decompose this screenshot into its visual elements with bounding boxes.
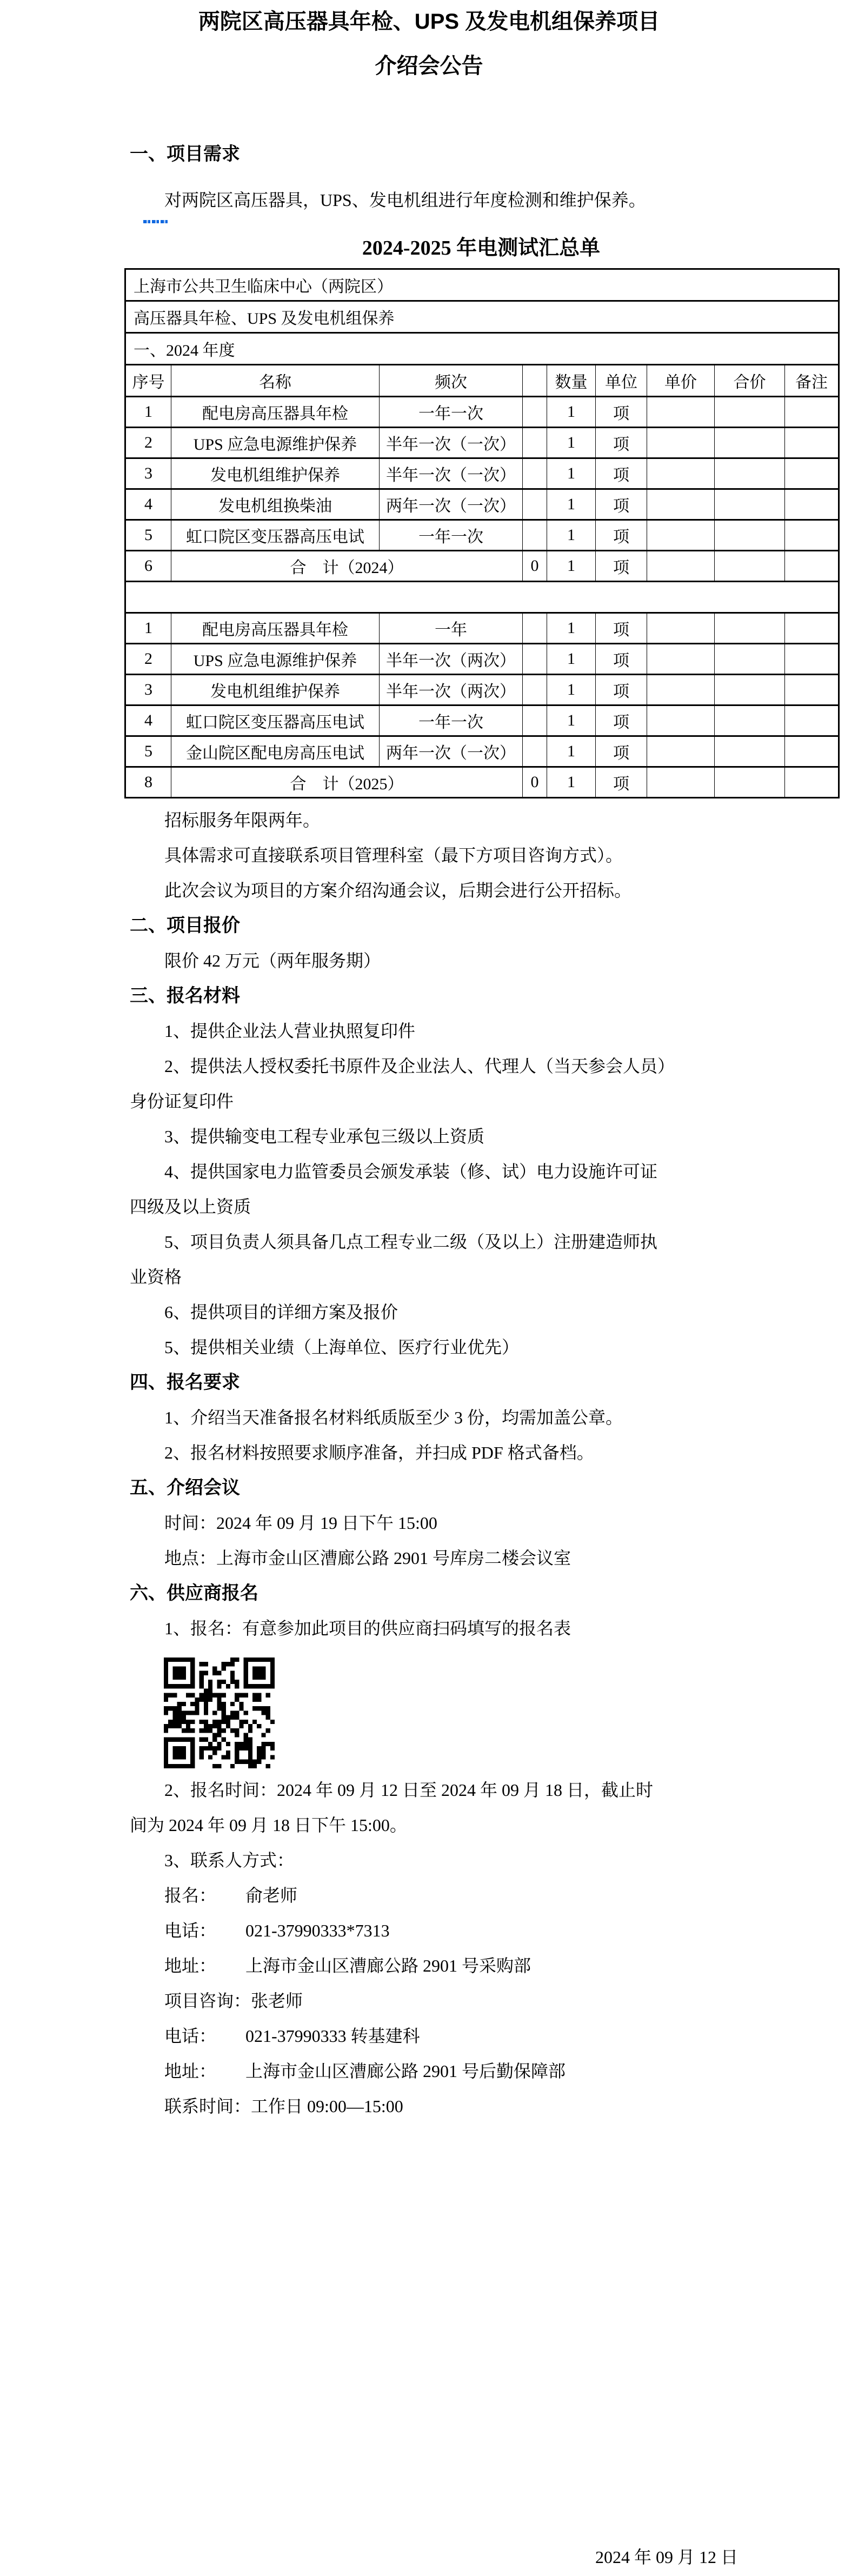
paragraph-line: 此次会议为项目的方案介绍沟通会议，后期会进行公开招标。: [130, 877, 792, 903]
contact-value: 张老师: [251, 1991, 303, 2011]
cell-frequency: 半年一次（一次）: [380, 428, 523, 458]
section-heading-project-price: 二、项目报价: [130, 913, 858, 938]
cell-unit-price: [647, 705, 715, 736]
table-scope-row: 高压器具年检、UPS 及发电机组保养: [125, 301, 839, 333]
cell-total-price: [715, 551, 785, 582]
project-scope: 高压器具年检、UPS 及发电机组保养: [125, 301, 839, 333]
cell-frequency: 一年一次: [380, 397, 523, 428]
requirements-intro: 对两院区高压器具，UPS、发电机组进行年度检测和维护保养。: [130, 187, 792, 213]
cell-note: [785, 458, 839, 489]
cell-no: 2: [125, 644, 171, 675]
org-name: 上海市公共卫生临床中心（两院区）: [125, 269, 839, 301]
contact-label: 联系时间：: [164, 2093, 251, 2119]
table-total-row: 8合 计（2025）01项: [125, 767, 839, 798]
cell-quantity: 1: [547, 397, 596, 428]
table-row: 5虹口院区变压器高压电试一年一次1项: [125, 520, 839, 551]
section-heading-registration-materials: 三、报名材料: [130, 983, 858, 1009]
cell-total-price: [715, 767, 785, 798]
cell-note: [785, 705, 839, 736]
cell-total-price: [715, 644, 785, 675]
table-org-row: 上海市公共卫生临床中心（两院区）: [125, 269, 839, 301]
paragraph-line: 2、提供法人授权委托书原件及企业法人、代理人（当天参会人员）: [130, 1053, 792, 1079]
cell-unit: 项: [596, 767, 647, 798]
cell-unit-price: [647, 428, 715, 458]
cell-unit-price: [647, 520, 715, 551]
cell-name: 合 计（2025）: [171, 767, 523, 798]
cell-blank: [523, 644, 547, 675]
document-page: 两院区高压器具年检、UPS 及发电机组保养项目 介绍会公告 一、项目需求 对两院…: [0, 0, 858, 2576]
cell-name: 配电房高压器具年检: [171, 613, 380, 644]
cell-blank: 0: [523, 551, 547, 582]
requirements-notes: 招标服务年限两年。具体需求可直接联系项目管理科室（最下方项目咨询方式）。此次会议…: [0, 807, 858, 903]
cell-no: 3: [125, 458, 171, 489]
cell-unit: 项: [596, 397, 647, 428]
cell-quantity: 1: [547, 520, 596, 551]
cell-frequency: 一年一次: [380, 705, 523, 736]
price-limit-line: 限价 42 万元（两年服务期）: [130, 948, 792, 974]
cell-unit: 项: [596, 736, 647, 767]
contact-label: 地址：: [164, 1953, 245, 1979]
paragraph-line: 4、提供国家电力监管委员会颁发承装（修、试）电力设施许可证: [130, 1159, 792, 1184]
cell-blank: [523, 397, 547, 428]
cell-quantity: 1: [547, 551, 596, 582]
cell-unit: 项: [596, 428, 647, 458]
contacts-heading: 3、联系人方式：: [130, 1847, 792, 1873]
cell-quantity: 1: [547, 644, 596, 675]
cell-unit: 项: [596, 675, 647, 705]
summary-table: 上海市公共卫生临床中心（两院区） 高压器具年检、UPS 及发电机组保养 一、20…: [124, 268, 840, 798]
cell-frequency: 两年一次（一次）: [380, 736, 523, 767]
supplier-registration-line: 1、报名：有意参加此项目的供应商扫码填写的报名表: [130, 1615, 792, 1641]
cell-blank: [523, 675, 547, 705]
cell-total-price: [715, 736, 785, 767]
paragraph-line: 业资格: [130, 1264, 757, 1290]
cell-name: 发电机组维护保养: [171, 458, 380, 489]
contact-value: 工作日 09:00—15:00: [251, 2096, 403, 2116]
column-header-unit: 单位: [596, 365, 647, 397]
cell-note: [785, 613, 839, 644]
document-title-line1: 两院区高压器具年检、UPS 及发电机组保养项目: [0, 8, 858, 36]
table-total-row: 6合 计（2024）01项: [125, 551, 839, 582]
registration-time-line-continued: 间为 2024 年 09 月 18 日下午 15:00。: [130, 1812, 757, 1838]
paragraph-line: 3、提供输变电工程专业承包三级以上资质: [130, 1123, 792, 1149]
registration-requirements-list: 1、介绍当天准备报名材料纸质版至少 3 份，均需加盖公章。2、报名材料按照要求顺…: [0, 1405, 858, 1466]
section-heading-project-requirements: 一、项目需求: [130, 141, 858, 167]
cell-quantity: 1: [547, 736, 596, 767]
cell-note: [785, 736, 839, 767]
contact-value: 上海市金山区漕廊公路 2901 号采购部: [245, 1956, 531, 1975]
cell-no: 2: [125, 428, 171, 458]
cell-unit: 项: [596, 489, 647, 520]
cell-frequency: 一年: [380, 613, 523, 644]
cell-total-price: [715, 489, 785, 520]
cell-unit: 项: [596, 705, 647, 736]
table-year-row: 一、2024 年度: [125, 333, 839, 365]
document-title-line2: 介绍会公告: [0, 52, 858, 80]
paragraph-line: 地点：上海市金山区漕廊公路 2901 号库房二楼会议室: [130, 1545, 792, 1571]
cell-no: 8: [125, 767, 171, 798]
paragraph-line: 6、提供项目的详细方案及报价: [130, 1299, 792, 1325]
cell-unit-price: [647, 458, 715, 489]
column-header-blank: [523, 365, 547, 397]
qr-code-icon: [164, 1658, 275, 1768]
year-label: 一、2024 年度: [125, 333, 839, 365]
contact-value: 俞老师: [245, 1886, 297, 1905]
table-row: 3发电机组维护保养半年一次（一次）1项: [125, 458, 839, 489]
cell-no: 4: [125, 489, 171, 520]
cell-note: [785, 489, 839, 520]
cell-total-price: [715, 397, 785, 428]
cell-blank: [523, 458, 547, 489]
cell-note: [785, 551, 839, 582]
paragraph-line: 5、提供相关业绩（上海单位、医疗行业优先）: [130, 1334, 792, 1360]
paragraph-line: 2、报名材料按照要求顺序准备，并扫成 PDF 格式备档。: [130, 1440, 792, 1466]
registration-time-line: 2、报名时间：2024 年 09 月 12 日至 2024 年 09 月 18 …: [130, 1777, 792, 1803]
cell-frequency: 半年一次（两次）: [380, 644, 523, 675]
cell-note: [785, 428, 839, 458]
cell-unit-price: [647, 551, 715, 582]
cell-total-price: [715, 428, 785, 458]
contact-label: 电话：: [164, 1918, 245, 1943]
column-header-total-price: 合价: [715, 365, 785, 397]
table-header-row: 序号 名称 频次 数量 单位 单价 合价 备注: [125, 365, 839, 397]
cell-unit: 项: [596, 613, 647, 644]
cell-no: 6: [125, 551, 171, 582]
cell-quantity: 1: [547, 767, 596, 798]
table-row: 1配电房高压器具年检一年一次1项: [125, 397, 839, 428]
cell-blank: [523, 428, 547, 458]
cell-total-price: [715, 613, 785, 644]
cell-unit: 项: [596, 551, 647, 582]
table-separator-row: [125, 582, 839, 613]
paragraph-line: 5、项目负责人须具备几点工程专业二级（及以上）注册建造师执: [130, 1229, 792, 1255]
cell-quantity: 1: [547, 489, 596, 520]
cell-no: 5: [125, 736, 171, 767]
cell-no: 1: [125, 613, 171, 644]
paragraph-line: 身份证复印件: [130, 1088, 757, 1114]
cell-name: 虹口院区变压器高压电试: [171, 520, 380, 551]
cell-name: UPS 应急电源维护保养: [171, 428, 380, 458]
contact-line: 电话：021-37990333*7313: [130, 1918, 792, 1943]
cell-name: 合 计（2024）: [171, 551, 523, 582]
contact-line: 地址：上海市金山区漕廊公路 2901 号后勤保障部: [130, 2058, 792, 2084]
cell-name: 虹口院区变压器高压电试: [171, 705, 380, 736]
cell-unit: 项: [596, 458, 647, 489]
proofing-mark-icon: [143, 220, 169, 223]
paragraph-line: 四级及以上资质: [130, 1194, 757, 1220]
contact-line: 项目咨询：张老师: [130, 1988, 792, 2014]
cell-name: UPS 应急电源维护保养: [171, 644, 380, 675]
contact-value: 上海市金山区漕廊公路 2901 号后勤保障部: [245, 2061, 566, 2081]
cell-unit-price: [647, 767, 715, 798]
cell-unit-price: [647, 397, 715, 428]
paragraph-line: 时间：2024 年 09 月 19 日下午 15:00: [130, 1510, 792, 1536]
column-header-quantity: 数量: [547, 365, 596, 397]
cell-total-price: [715, 520, 785, 551]
contact-line: 地址：上海市金山区漕廊公路 2901 号采购部: [130, 1953, 792, 1979]
contact-label: 地址：: [164, 2058, 245, 2084]
cell-frequency: 半年一次（两次）: [380, 675, 523, 705]
cell-unit-price: [647, 675, 715, 705]
cell-unit-price: [647, 736, 715, 767]
table-row: 4虹口院区变压器高压电试一年一次1项: [125, 705, 839, 736]
section-heading-introduction-meeting: 五、介绍会议: [130, 1475, 858, 1501]
summary-table-title: 2024-2025 年电测试汇总单: [124, 236, 838, 261]
contact-label: 报名：: [164, 1882, 245, 1908]
cell-quantity: 1: [547, 458, 596, 489]
column-header-name: 名称: [171, 365, 380, 397]
cell-name: 配电房高压器具年检: [171, 397, 380, 428]
cell-name: 发电机组维护保养: [171, 675, 380, 705]
cell-note: [785, 767, 839, 798]
cell-unit: 项: [596, 520, 647, 551]
meeting-info-list: 时间：2024 年 09 月 19 日下午 15:00地点：上海市金山区漕廊公路…: [0, 1510, 858, 1571]
paragraph-line: 1、提供企业法人营业执照复印件: [130, 1018, 792, 1044]
section-heading-supplier-registration: 六、供应商报名: [130, 1580, 858, 1606]
qr-code-svg: [164, 1658, 275, 1768]
column-header-frequency: 频次: [380, 365, 523, 397]
cell-frequency: 一年一次: [380, 520, 523, 551]
table-row: 2UPS 应急电源维护保养半年一次（两次）1项: [125, 644, 839, 675]
contact-line: 报名：俞老师: [130, 1882, 792, 1908]
cell-note: [785, 675, 839, 705]
cell-unit-price: [647, 644, 715, 675]
table-row: 4发电机组换柴油两年一次（一次）1项: [125, 489, 839, 520]
contact-line: 电话：021-37990333 转基建科: [130, 2023, 792, 2049]
cell-no: 4: [125, 705, 171, 736]
cell-no: 3: [125, 675, 171, 705]
cell-blank: [523, 489, 547, 520]
cell-quantity: 1: [547, 675, 596, 705]
cell-quantity: 1: [547, 705, 596, 736]
cell-frequency: 两年一次（一次）: [380, 489, 523, 520]
column-header-note: 备注: [785, 365, 839, 397]
column-header-no: 序号: [125, 365, 171, 397]
contact-value: 021-37990333 转基建科: [245, 2026, 420, 2046]
column-header-unit-price: 单价: [647, 365, 715, 397]
paragraph-line: 具体需求可直接联系项目管理科室（最下方项目咨询方式）。: [130, 842, 792, 868]
cell-blank: [523, 613, 547, 644]
cell-no: 1: [125, 397, 171, 428]
contact-label: 项目咨询：: [164, 1988, 251, 2014]
cell-quantity: 1: [547, 428, 596, 458]
contact-value: 021-37990333*7313: [245, 1921, 390, 1940]
table-row: 3发电机组维护保养半年一次（两次）1项: [125, 675, 839, 705]
cell-no: 5: [125, 520, 171, 551]
contacts-list: 报名：俞老师电话：021-37990333*7313地址：上海市金山区漕廊公路 …: [0, 1882, 858, 2119]
registration-materials-list: 1、提供企业法人营业执照复印件2、提供法人授权委托书原件及企业法人、代理人（当天…: [0, 1018, 858, 1360]
cell-note: [785, 397, 839, 428]
cell-unit-price: [647, 613, 715, 644]
table-row: 1配电房高压器具年检一年1项: [125, 613, 839, 644]
separator-cell: [125, 582, 839, 613]
cell-name: 发电机组换柴油: [171, 489, 380, 520]
footer-date: 2024 年 09 月 12 日: [595, 2544, 738, 2570]
table-row: 2UPS 应急电源维护保养半年一次（一次）1项: [125, 428, 839, 458]
table-rows-2024: 1配电房高压器具年检一年一次1项2UPS 应急电源维护保养半年一次（一次）1项3…: [125, 397, 839, 582]
cell-note: [785, 520, 839, 551]
cell-quantity: 1: [547, 613, 596, 644]
cell-blank: [523, 736, 547, 767]
contact-line: 联系时间：工作日 09:00—15:00: [130, 2093, 792, 2119]
cell-frequency: 半年一次（一次）: [380, 458, 523, 489]
section-heading-registration-requirements: 四、报名要求: [130, 1369, 858, 1395]
cell-total-price: [715, 675, 785, 705]
cell-blank: 0: [523, 767, 547, 798]
cell-total-price: [715, 458, 785, 489]
table-row: 5金山院区配电房高压电试两年一次（一次）1项: [125, 736, 839, 767]
cell-name: 金山院区配电房高压电试: [171, 736, 380, 767]
cell-unit: 项: [596, 644, 647, 675]
cell-blank: [523, 520, 547, 551]
paragraph-line: 招标服务年限两年。: [130, 807, 792, 833]
cell-total-price: [715, 705, 785, 736]
cell-blank: [523, 705, 547, 736]
cell-unit-price: [647, 489, 715, 520]
table-rows-2025: 1配电房高压器具年检一年1项2UPS 应急电源维护保养半年一次（两次）1项3发电…: [125, 613, 839, 798]
paragraph-line: 1、介绍当天准备报名材料纸质版至少 3 份，均需加盖公章。: [130, 1405, 792, 1430]
cell-note: [785, 644, 839, 675]
contact-label: 电话：: [164, 2023, 245, 2049]
